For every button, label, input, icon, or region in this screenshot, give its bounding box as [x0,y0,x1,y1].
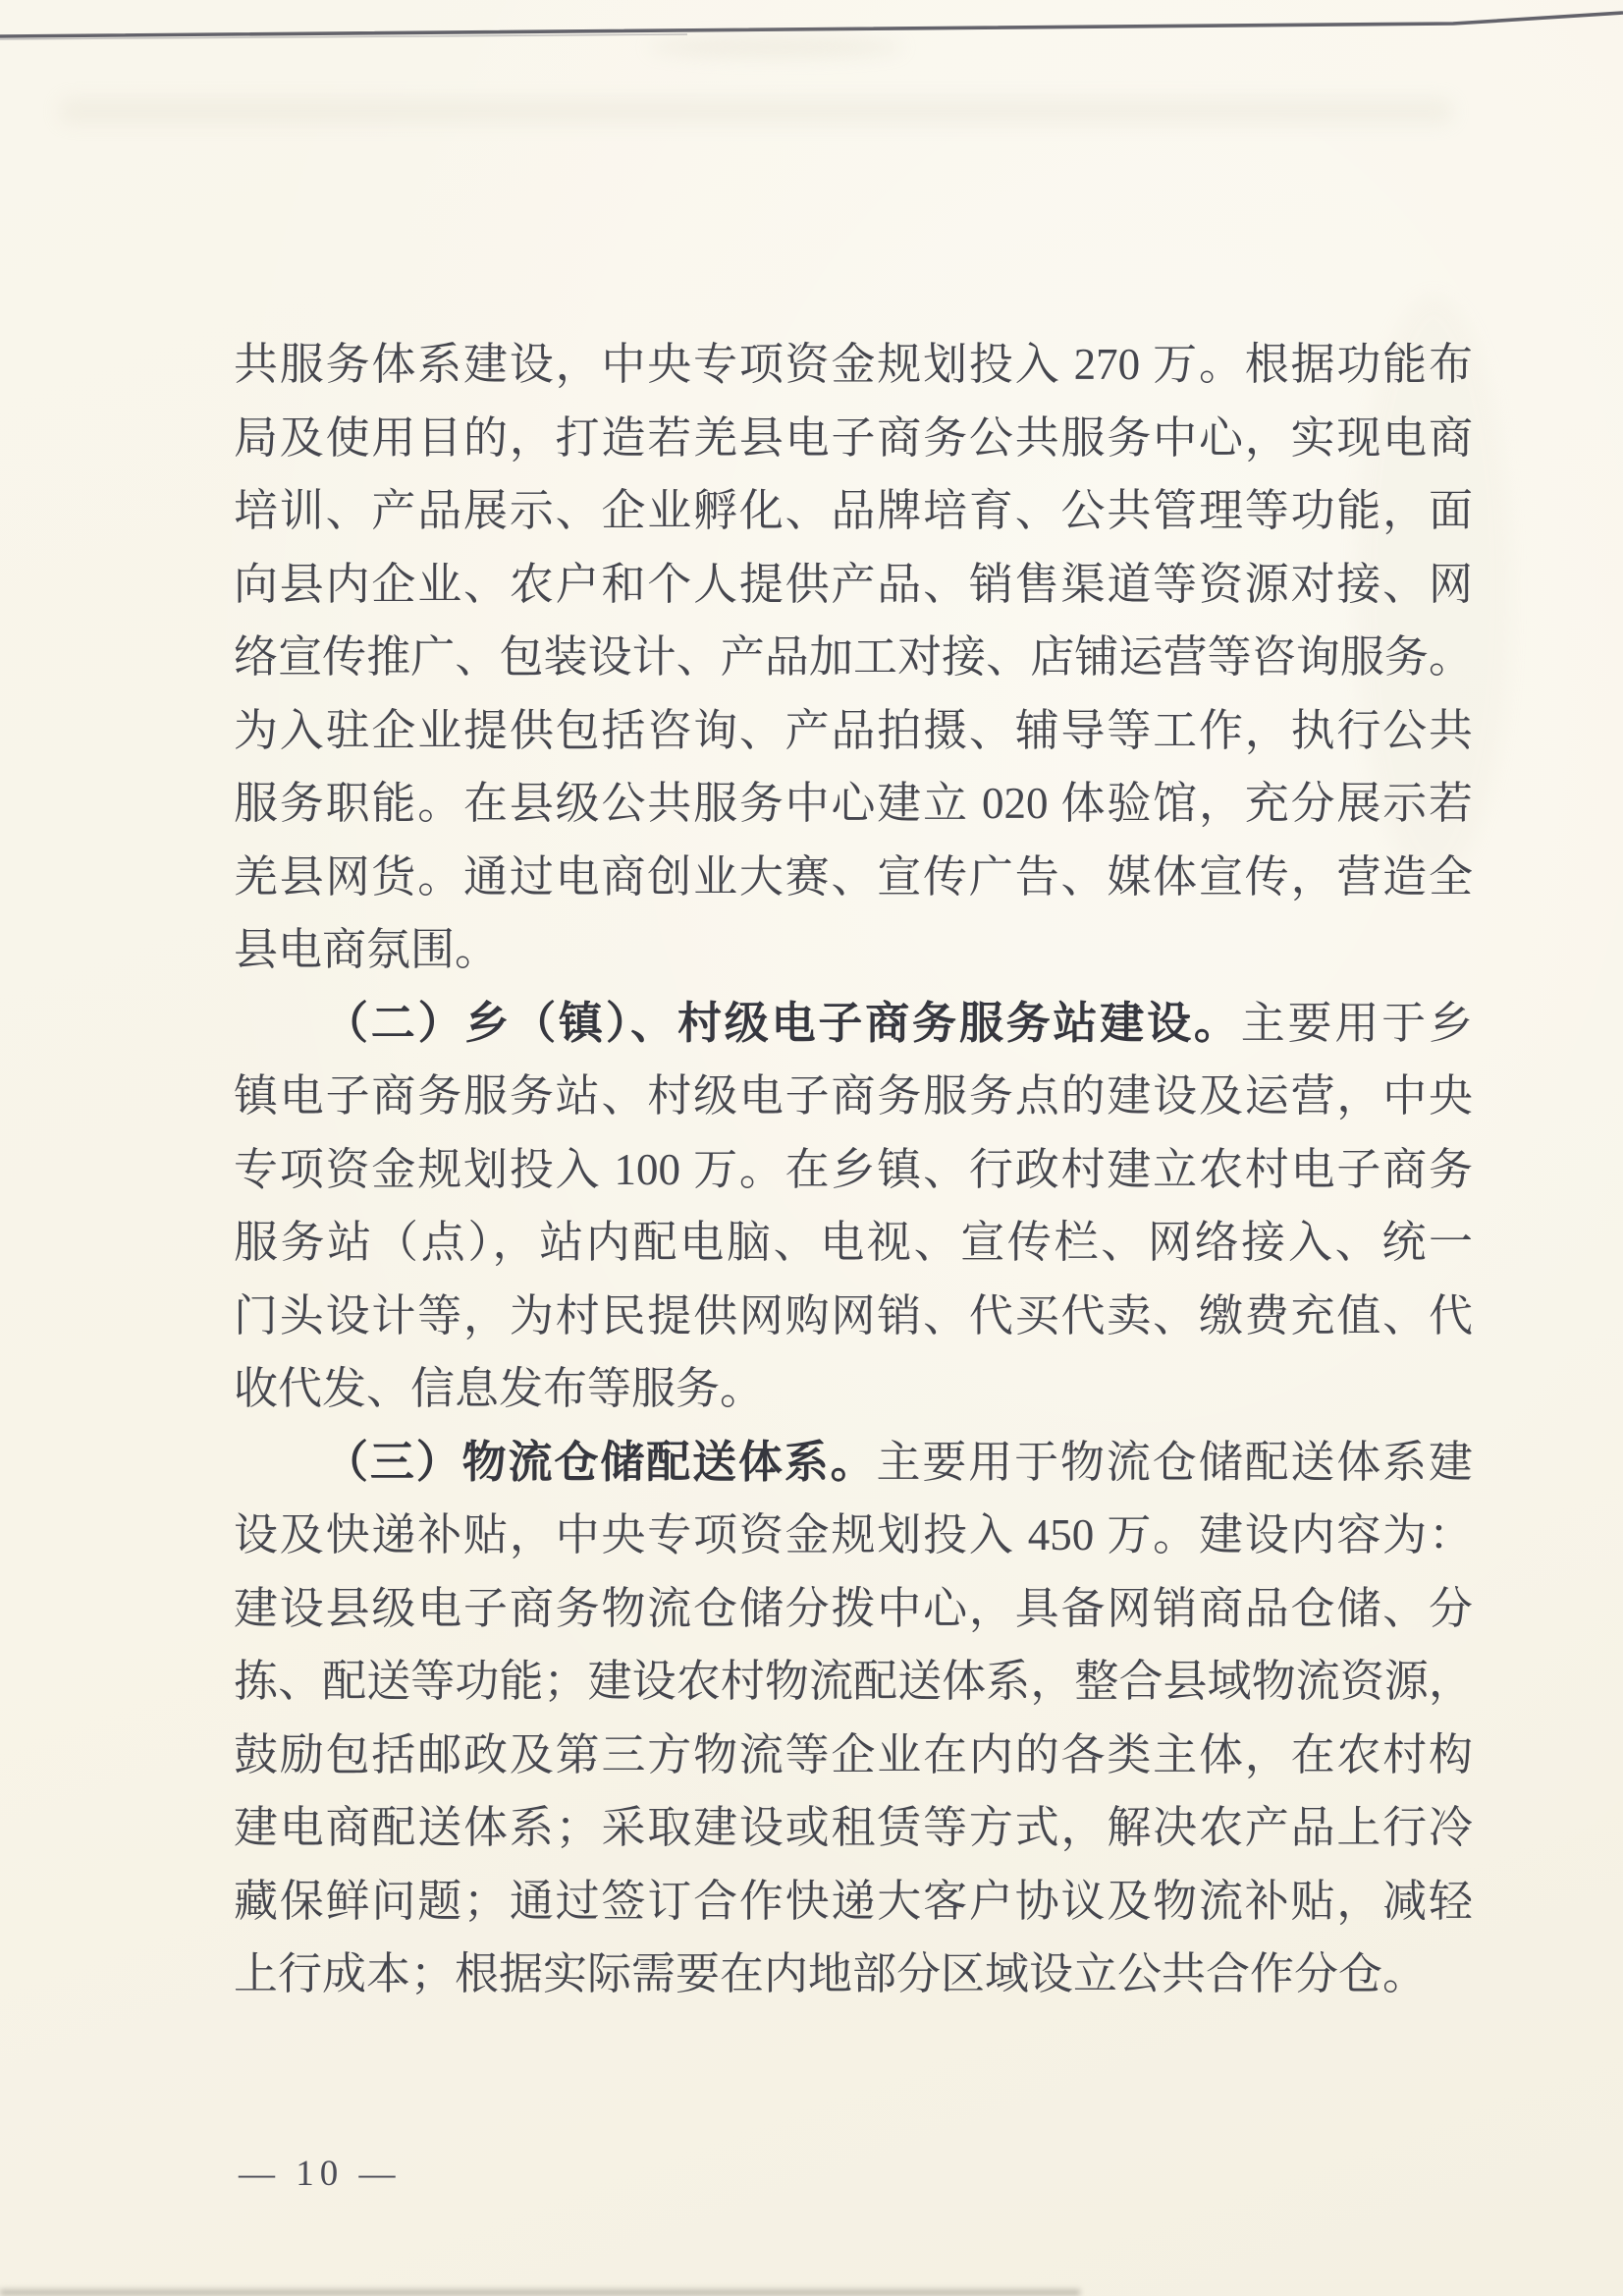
text-line: 局及使用目的，打造若羌县电子商务公共服务中心，实现电商 [234,402,1473,475]
paragraph-2: （二）乡（镇）、村级电子商务服务站建设。主要用于乡镇电子商务服务站、村级电子商务… [234,987,1473,1426]
text-line: 服务职能。在县级公共服务中心建立 020 体验馆，充分展示若 [234,767,1473,841]
scan-bottom-shadow [0,2289,1080,2296]
text-line: 为入驻企业提供包括咨询、产品拍摄、辅导等工作，执行公共 [234,694,1473,768]
paragraph-3: （三）物流仓储配送体系。主要用于物流仓储配送体系建设及快递补贴，中央专项资金规划… [234,1426,1473,2011]
text-line: （二）乡（镇）、村级电子商务服务站建设。主要用于乡 [234,987,1473,1061]
text-line: 鼓励包括邮政及第三方物流等企业在内的各类主体，在农村构 [234,1719,1473,1792]
text-line: 络宣传推广、包装设计、产品加工对接、店铺运营等咨询服务。 [234,621,1473,694]
text-line: （三）物流仓储配送体系。主要用于物流仓储配送体系建 [234,1426,1473,1500]
scan-smudge [59,98,1453,124]
text-line: 建电商配送体系；采取建设或租赁等方式，解决农产品上行冷 [234,1791,1473,1865]
text-line: 门头设计等，为村民提供网购网销、代买代卖、缴费充值、代 [234,1280,1473,1353]
text-line: 共服务体系建设，中央专项资金规划投入 270 万。根据功能布 [234,328,1473,402]
scan-smudge [648,37,903,57]
text-line: 羌县网货。通过电商创业大赛、宣传广告、媒体宣传，营造全 [234,841,1473,914]
text-line: 向县内企业、农户和个人提供产品、销售渠道等资源对接、网 [234,548,1473,622]
document-text-block: 共服务体系建设，中央专项资金规划投入 270 万。根据功能布局及使用目的，打造若… [234,328,1473,2011]
paragraph-1: 共服务体系建设，中央专项资金规划投入 270 万。根据功能布局及使用目的，打造若… [234,328,1473,987]
document-page: { "page": { "background": "#f8f5ea", "in… [0,0,1623,2296]
text-line: 县电商氛围。 [234,913,1473,987]
section-heading: （二）乡（镇）、村级电子商务服务站建设。 [324,999,1241,1048]
page-number: — 10 — [239,2153,402,2195]
text-line: 上行成本；根据实际需要在内地部分区域设立公共合作分仓。 [234,1938,1473,2011]
text-line: 设及快递补贴，中央专项资金规划投入 450 万。建设内容为： [234,1499,1473,1572]
text-line: 镇电子商务服务站、村级电子商务服务点的建设及运营，中央 [234,1060,1473,1133]
text-line: 建设县级电子商务物流仓储分拨中心，具备网销商品仓储、分 [234,1572,1473,1646]
text-line: 服务站（点），站内配电脑、电视、宣传栏、网络接入、统一 [234,1206,1473,1280]
section-heading: （三）物流仓储配送体系。 [324,1438,877,1487]
text-line: 培训、产品展示、企业孵化、品牌培育、公共管理等功能，面 [234,474,1473,548]
text-line: 拣、配送等功能；建设农村物流配送体系，整合县域物流资源， [234,1645,1473,1719]
text-line: 藏保鲜问题；通过签订合作快递大客户协议及物流补贴，减轻 [234,1865,1473,1939]
text-line: 专项资金规划投入 100 万。在乡镇、行政村建立农村电子商务 [234,1133,1473,1207]
scan-edge-line [0,0,1623,59]
text-line: 收代发、信息发布等服务。 [234,1352,1473,1426]
